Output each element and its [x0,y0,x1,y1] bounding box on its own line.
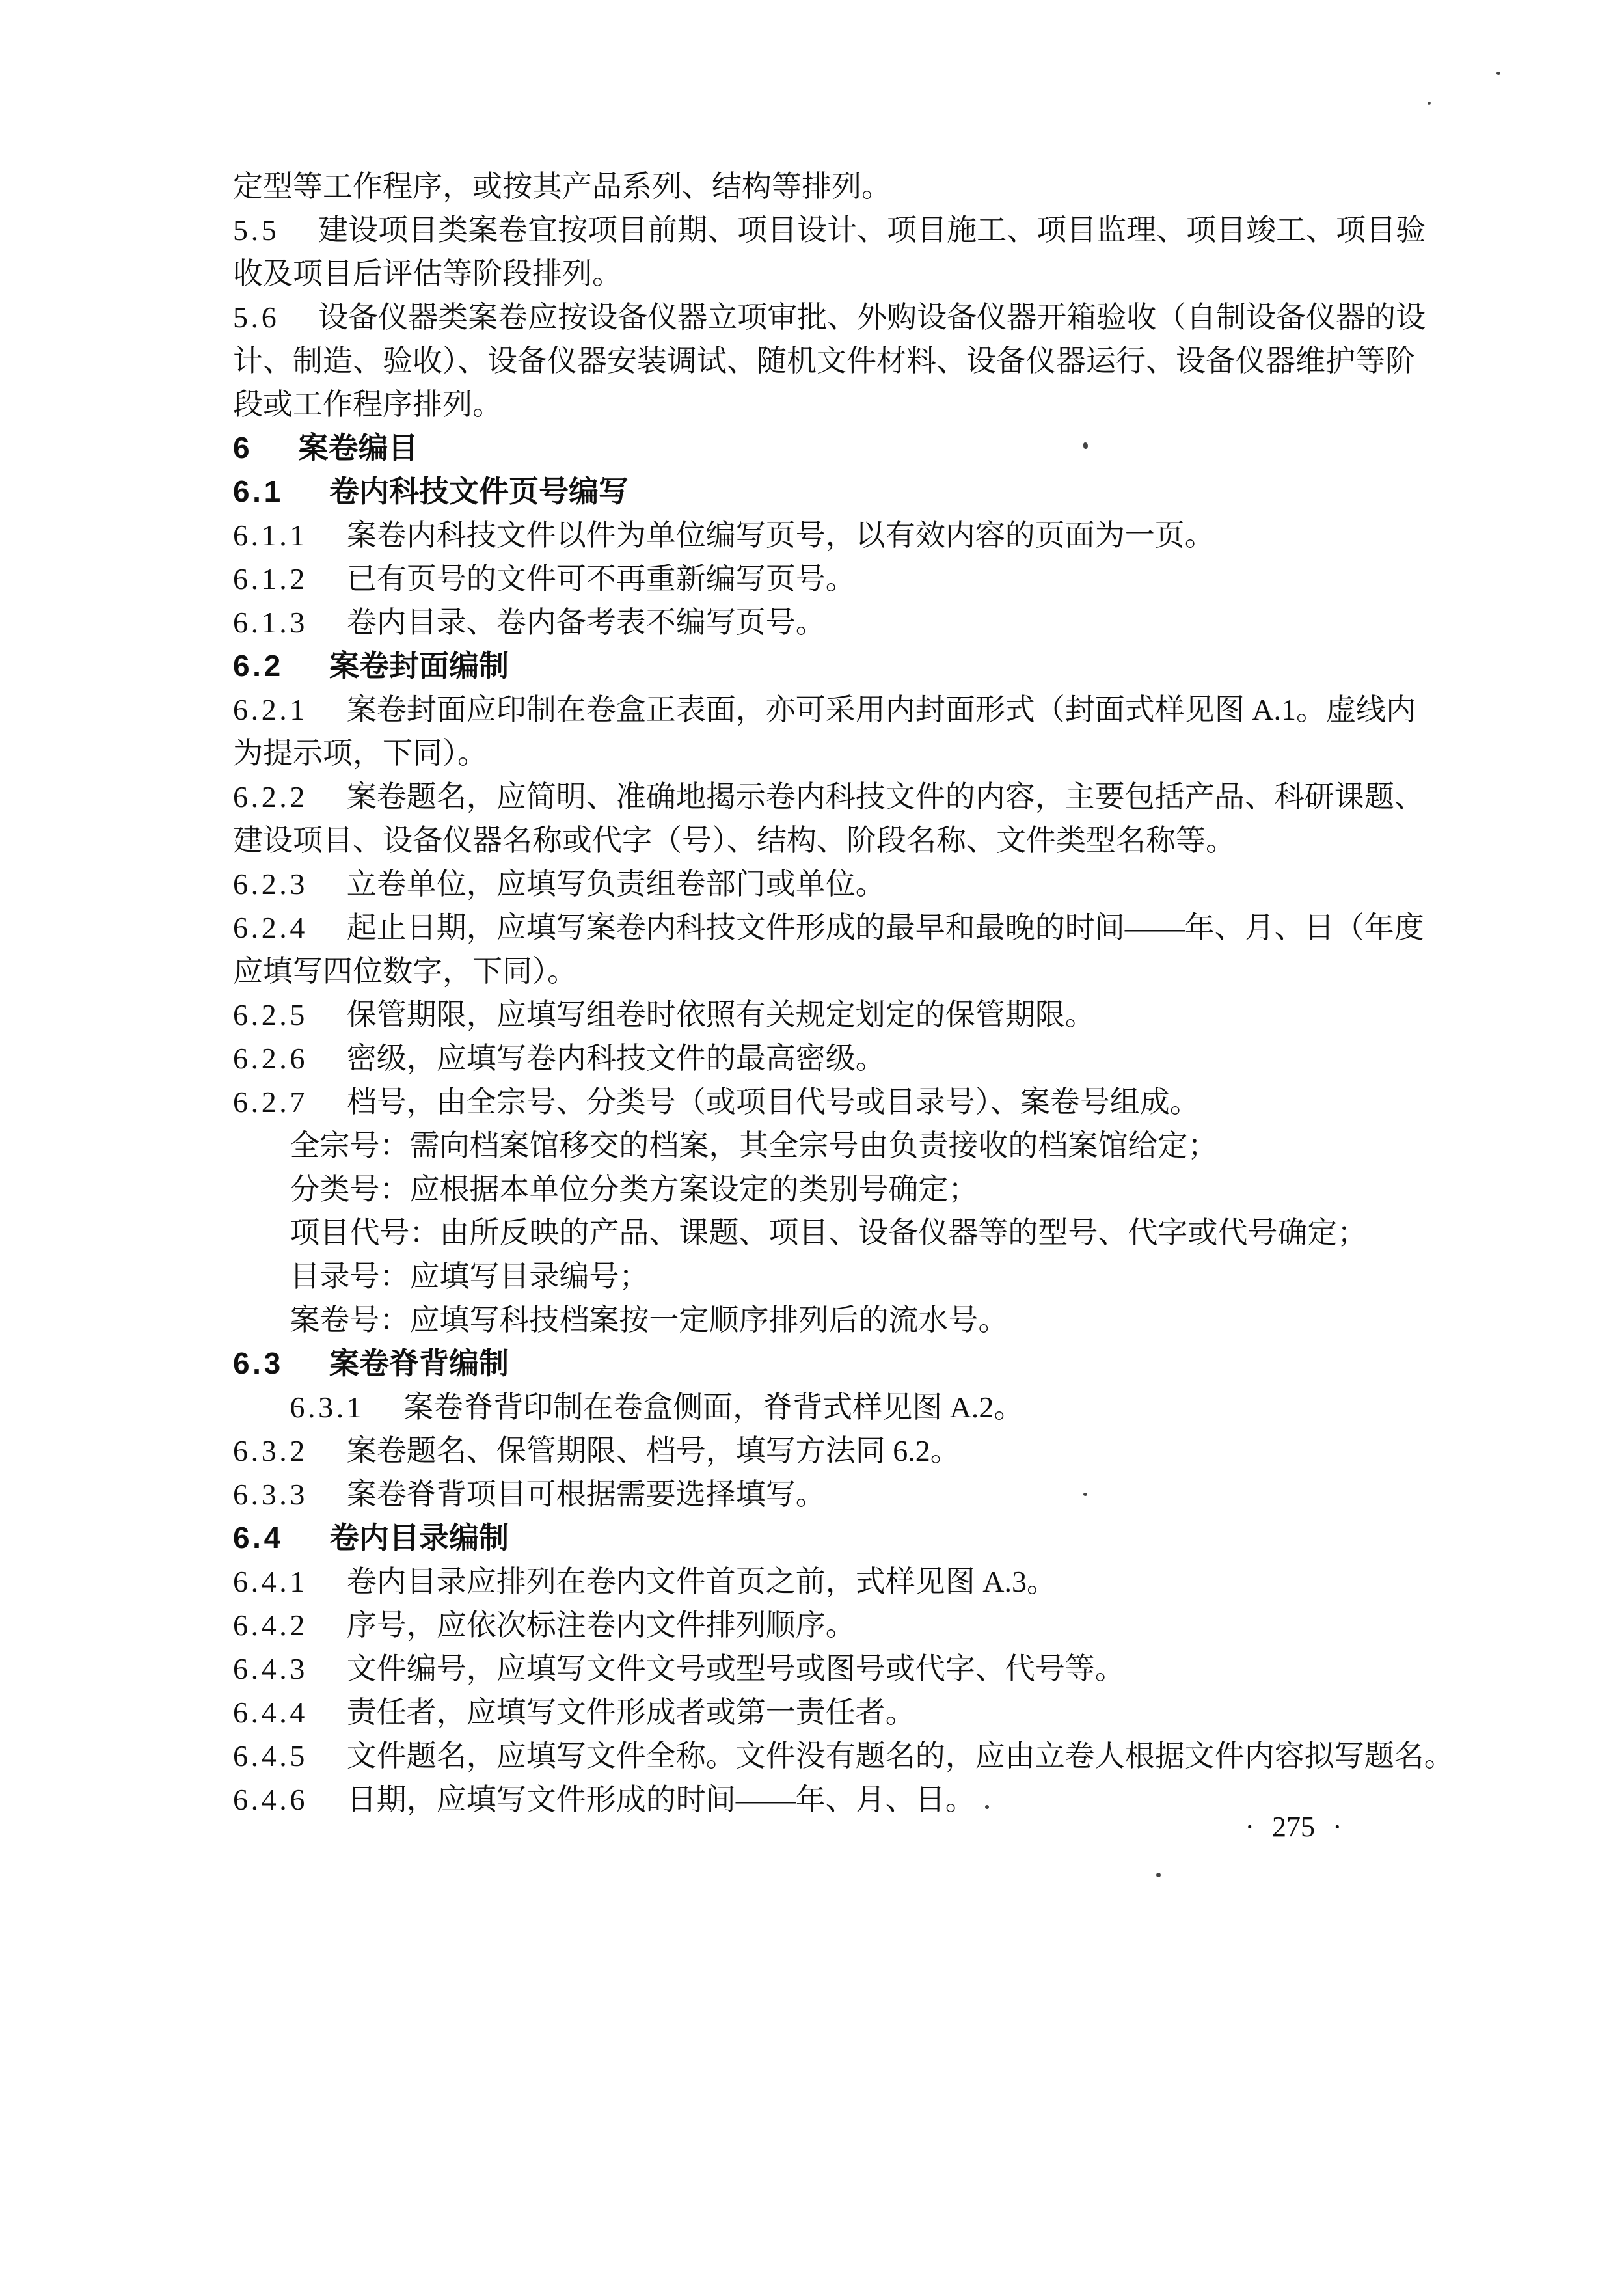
clause-number: 6.2.7 [233,1080,308,1124]
document-line: 6.3.3 案卷脊背项目可根据需要选择填写。 [233,1473,1407,1516]
clause-text: 密级，应填写卷内科技文件的最高密级。 [347,1042,886,1075]
document-line: 5.5 建设项目类案卷宜按项目前期、项目设计、项目施工、项目监理、项目竣工、项目… [233,208,1407,252]
document-line: 6.4.2 序号，应依次标注卷内文件排列顺序。 [233,1603,1407,1647]
document-line: 目录号：应填写目录编号； [233,1255,1407,1298]
document-line: 6.2.6 密级，应填写卷内科技文件的最高密级。 [233,1037,1407,1080]
clause-text: 卷内科技文件页号编写 [329,474,629,508]
scan-speck [1496,72,1500,75]
page-number: · 275 · [1215,1810,1372,1843]
clause-number: 6.2.2 [233,775,308,819]
clause-number: 6.1 [233,470,284,513]
clause-text: 档号，由全宗号、分类号（或项目代号或目录号）、案卷号组成。 [347,1085,1200,1119]
document-line: 6.1 卷内科技文件页号编写 [233,470,1407,513]
clause-text: 应填写四位数字，下同）。 [233,955,577,988]
clause-text: 保管期限，应填写组卷时依照有关规定划定的保管期限。 [347,998,1095,1031]
document-line: 应填写四位数字，下同）。 [233,949,1407,993]
document-line: 为提示项，下同）。 [233,731,1407,775]
document-line: 6.4.4 责任者，应填写文件形成者或第一责任者。 [233,1691,1407,1734]
clause-text: 案卷脊背编制 [329,1346,509,1380]
document-line: 6.2.7 档号，由全宗号、分类号（或项目代号或目录号）、案卷号组成。 [233,1080,1407,1124]
clause-number: 6.3.3 [233,1473,308,1516]
clause-text: 建设项目类案卷宜按项目前期、项目设计、项目施工、项目监理、项目竣工、项目验 [318,213,1426,247]
clause-number: 6.2.1 [233,688,308,731]
clause-number: 6.2.4 [233,906,308,949]
document-line: 分类号：应根据本单位分类方案设定的类别号确定； [233,1167,1407,1211]
clause-number: 6.4.4 [233,1691,308,1734]
clause-text: 案卷题名，应简明、准确地揭示卷内科技文件的内容，主要包括产品、科研课题、 [347,780,1424,813]
document-line: 6 案卷编目 [233,426,1407,470]
clause-text: 卷内目录应排列在卷内文件首页之前，式样见图 A.3。 [347,1565,1057,1598]
clause-number: 6.1.3 [233,601,308,644]
clause-text: 序号，应依次标注卷内文件排列顺序。 [347,1609,856,1642]
scan-speck [1428,102,1431,105]
clause-text: 定型等工作程序，或按其产品系列、结构等排列。 [233,170,891,203]
document-line: 建设项目、设备仪器名称或代字（号）、结构、阶段名称、文件类型名称等。 [233,819,1407,862]
document-line: 6.3.2 案卷题名、保管期限、档号，填写方法同 6.2。 [233,1429,1407,1473]
document-line: 6.2.5 保管期限，应填写组卷时依照有关规定划定的保管期限。 [233,993,1407,1037]
clause-text: 为提示项，下同）。 [233,737,487,770]
clause-text: 案卷脊背项目可根据需要选择填写。 [347,1478,826,1511]
clause-number: 5.6 [233,295,279,339]
document-line: 6.2.2 案卷题名，应简明、准确地揭示卷内科技文件的内容，主要包括产品、科研课… [233,775,1407,819]
clause-text: 案卷脊背印制在卷盒侧面，脊背式样见图 A.2。 [403,1391,1023,1424]
clause-text: 立卷单位，应填写负责组卷部门或单位。 [347,867,886,901]
document-line: 6.2.4 起止日期，应填写案卷内科技文件形成的最早和最晚的时间——年、月、日（… [233,906,1407,949]
document-line: 收及项目后评估等阶段排列。 [233,252,1407,295]
scan-speck [1156,1873,1161,1877]
clause-text: 案卷题名、保管期限、档号，填写方法同 6.2。 [347,1434,960,1467]
clause-text: 案卷内科技文件以件为单位编写页号，以有效内容的页面为一页。 [347,519,1215,552]
clause-text: 全宗号：需向档案馆移交的档案，其全宗号由负责接收的档案馆给定； [290,1129,1217,1162]
scan-speck [1083,1493,1087,1496]
clause-text: 项目代号：由所反映的产品、课题、项目、设备仪器等的型号、代字或代号确定； [290,1216,1367,1249]
document-line: 6.4 卷内目录编制 [233,1516,1407,1560]
scan-speck [985,1805,989,1809]
document-line: 定型等工作程序，或按其产品系列、结构等排列。 [233,165,1407,208]
clause-number: 6.3 [233,1342,284,1385]
clause-number: 6.3.1 [290,1385,364,1429]
clause-number: 6.4.5 [233,1734,308,1778]
clause-text: 卷内目录编制 [329,1521,509,1555]
document-body: 定型等工作程序，或按其产品系列、结构等排列。 5.5 建设项目类案卷宜按项目前期… [233,165,1407,1821]
clause-number: 6.2.3 [233,862,308,906]
clause-text: 分类号：应根据本单位分类方案设定的类别号确定； [290,1173,978,1206]
clause-text: 日期，应填写文件形成的时间——年、月、日。 [347,1783,975,1816]
clause-text: 文件编号，应填写文件文号或型号或图号或代字、代号等。 [347,1652,1125,1685]
document-line: 6.1.2 已有页号的文件可不再重新编写页号。 [233,557,1407,601]
clause-text: 案卷封面编制 [329,649,509,683]
scanned-document-page: 定型等工作程序，或按其产品系列、结构等排列。 5.5 建设项目类案卷宜按项目前期… [0,0,1624,2282]
clause-text: 已有页号的文件可不再重新编写页号。 [347,562,856,595]
clause-text: 卷内目录、卷内备考表不编写页号。 [347,606,826,639]
clause-text: 目录号：应填写目录编号； [290,1260,649,1293]
document-line: 全宗号：需向档案馆移交的档案，其全宗号由负责接收的档案馆给定； [233,1124,1407,1167]
document-line: 6.3 案卷脊背编制 [233,1342,1407,1385]
clause-text: 案卷号：应填写科技档案按一定顺序排列后的流水号。 [290,1303,1008,1337]
document-line: 计、制造、验收）、设备仪器安装调试、随机文件材料、设备仪器运行、设备仪器维护等阶 [233,339,1407,383]
clause-number: 6.2 [233,644,284,688]
clause-text: 建设项目、设备仪器名称或代字（号）、结构、阶段名称、文件类型名称等。 [233,824,1236,857]
document-line: 段或工作程序排列。 [233,383,1407,426]
clause-number: 6.4.2 [233,1603,308,1647]
document-line: 6.1.3 卷内目录、卷内备考表不编写页号。 [233,601,1407,644]
document-line: 项目代号：由所反映的产品、课题、项目、设备仪器等的型号、代字或代号确定； [233,1211,1407,1255]
document-line: 案卷号：应填写科技档案按一定顺序排列后的流水号。 [233,1298,1407,1342]
clause-number: 6.2.5 [233,993,308,1037]
clause-number: 6.1.2 [233,557,308,601]
clause-number: 6.4.6 [233,1778,308,1821]
clause-number: 6.4.1 [233,1560,308,1603]
document-line: 6.4.1 卷内目录应排列在卷内文件首页之前，式样见图 A.3。 [233,1560,1407,1603]
clause-text: 文件题名，应填写文件全称。文件没有题名的，应由立卷人根据文件内容拟写题名。 [347,1739,1454,1773]
clause-number: 6.3.2 [233,1429,308,1473]
clause-text: 案卷封面应印制在卷盒正表面，亦可采用内封面形式（封面式样见图 A.1。虚线内 [347,693,1416,726]
document-line: 5.6 设备仪器类案卷应按设备仪器立项审批、外购设备仪器开箱验收（自制设备仪器的… [233,295,1407,339]
clause-number: 6 [233,426,252,470]
document-line: 6.4.5 文件题名，应填写文件全称。文件没有题名的，应由立卷人根据文件内容拟写… [233,1734,1407,1778]
document-line: 6.2.3 立卷单位，应填写负责组卷部门或单位。 [233,862,1407,906]
clause-number: 6.1.1 [233,513,308,557]
clause-text: 设备仪器类案卷应按设备仪器立项审批、外购设备仪器开箱验收（自制设备仪器的设 [318,301,1426,334]
clause-number: 6.4.3 [233,1647,308,1691]
document-line: 6.2.1 案卷封面应印制在卷盒正表面，亦可采用内封面形式（封面式样见图 A.1… [233,688,1407,731]
document-line: 6.2 案卷封面编制 [233,644,1407,688]
document-line: 6.1.1 案卷内科技文件以件为单位编写页号，以有效内容的页面为一页。 [233,513,1407,557]
clause-text: 起止日期，应填写案卷内科技文件形成的最早和最晚的时间——年、月、日（年度 [347,911,1424,944]
clause-number: 6.2.6 [233,1037,308,1080]
clause-text: 计、制造、验收）、设备仪器安装调试、随机文件材料、设备仪器运行、设备仪器维护等阶 [233,344,1415,377]
clause-text: 责任者，应填写文件形成者或第一责任者。 [347,1696,915,1729]
clause-text: 案卷编目 [298,431,418,465]
clause-number: 6.4 [233,1516,284,1560]
document-line: 6.3.1 案卷脊背印制在卷盒侧面，脊背式样见图 A.2。 [233,1385,1407,1429]
clause-number: 5.5 [233,208,279,252]
document-line: 6.4.3 文件编号，应填写文件文号或型号或图号或代字、代号等。 [233,1647,1407,1691]
clause-text: 段或工作程序排列。 [233,388,502,421]
scan-speck [1083,442,1088,449]
clause-text: 收及项目后评估等阶段排列。 [233,257,622,290]
